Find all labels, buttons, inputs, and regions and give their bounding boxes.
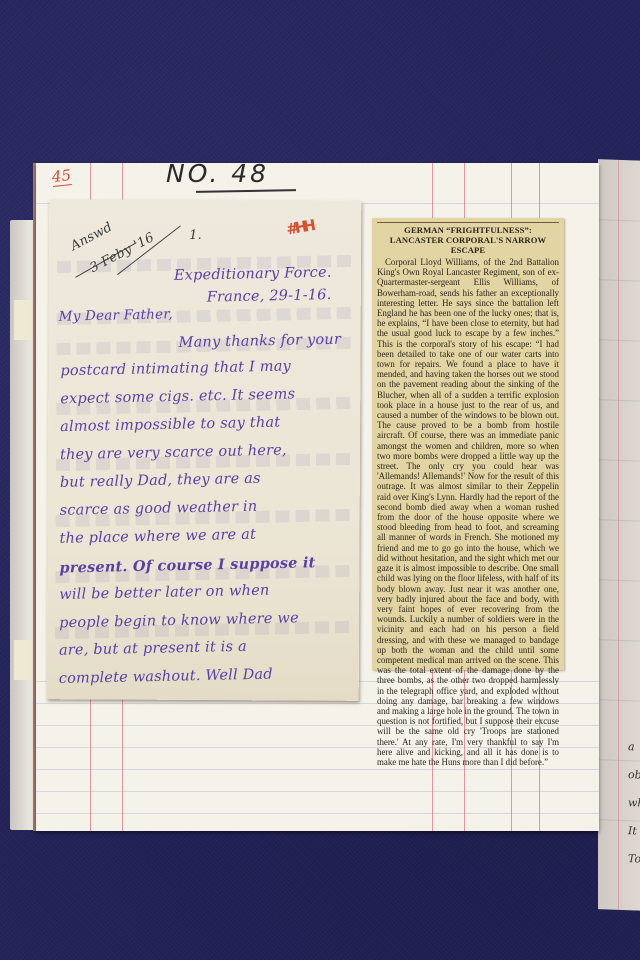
ruled-line — [598, 699, 640, 702]
letter-line: will be better later on when — [59, 583, 270, 603]
letter-line: but really Dad, they are as — [60, 471, 261, 491]
facing-page-text: wh — [628, 796, 640, 810]
page-number: 45 — [51, 166, 72, 187]
ruled-line — [598, 639, 640, 642]
salutation: My Dear Father, — [59, 306, 174, 324]
facing-page-text: a — [628, 740, 635, 753]
ruled-line — [598, 339, 640, 342]
ruled-line — [598, 579, 640, 582]
letter-heading: Expeditionary Force. — [174, 265, 332, 284]
entry-number: NO. 48 — [166, 159, 269, 188]
ruled-line — [598, 279, 640, 282]
ruled-line — [598, 819, 640, 822]
facing-page-text: It — [628, 824, 637, 837]
page-tab — [14, 640, 32, 680]
ruled-line — [598, 459, 640, 462]
margin-line — [618, 160, 619, 910]
facing-page-text: To — [628, 852, 640, 865]
ruled-line — [598, 399, 640, 402]
ruled-line — [598, 759, 640, 762]
pencil-annotation: Answd — [68, 220, 115, 254]
entry-underline — [196, 189, 296, 192]
letter-line: almost impossible to say that — [60, 415, 280, 436]
facing-page: a ob wh It To — [598, 159, 640, 911]
page-marker: 1. — [189, 228, 202, 243]
letter-line: the place where we are at — [59, 527, 256, 547]
handwritten-letter: Answd 3 Feby '16 1. #HH Expeditionary Fo… — [47, 199, 362, 701]
clipping-headline: GERMAN “FRIGHTFULNESS”: LANCASTER CORPOR… — [377, 222, 559, 255]
ruled-line — [598, 519, 640, 522]
letter-line: are, but at present it is a — [59, 639, 247, 659]
red-tally-mark: #HH — [285, 216, 313, 238]
clipping-body: Corporal Lloyd Williams, of the 2nd Batt… — [377, 257, 559, 767]
letter-line: postcard intimating that I may — [60, 358, 291, 379]
page-tab — [14, 300, 32, 340]
ruled-line — [598, 219, 640, 222]
facing-page-text: ob — [628, 768, 640, 781]
letter-line: complete washout. Well Dad — [59, 667, 273, 687]
letter-date: France, 29-1-16. — [207, 287, 332, 306]
newspaper-clipping: GERMAN “FRIGHTFULNESS”: LANCASTER CORPOR… — [372, 218, 564, 670]
letter-line: Many thanks for your — [178, 332, 341, 351]
